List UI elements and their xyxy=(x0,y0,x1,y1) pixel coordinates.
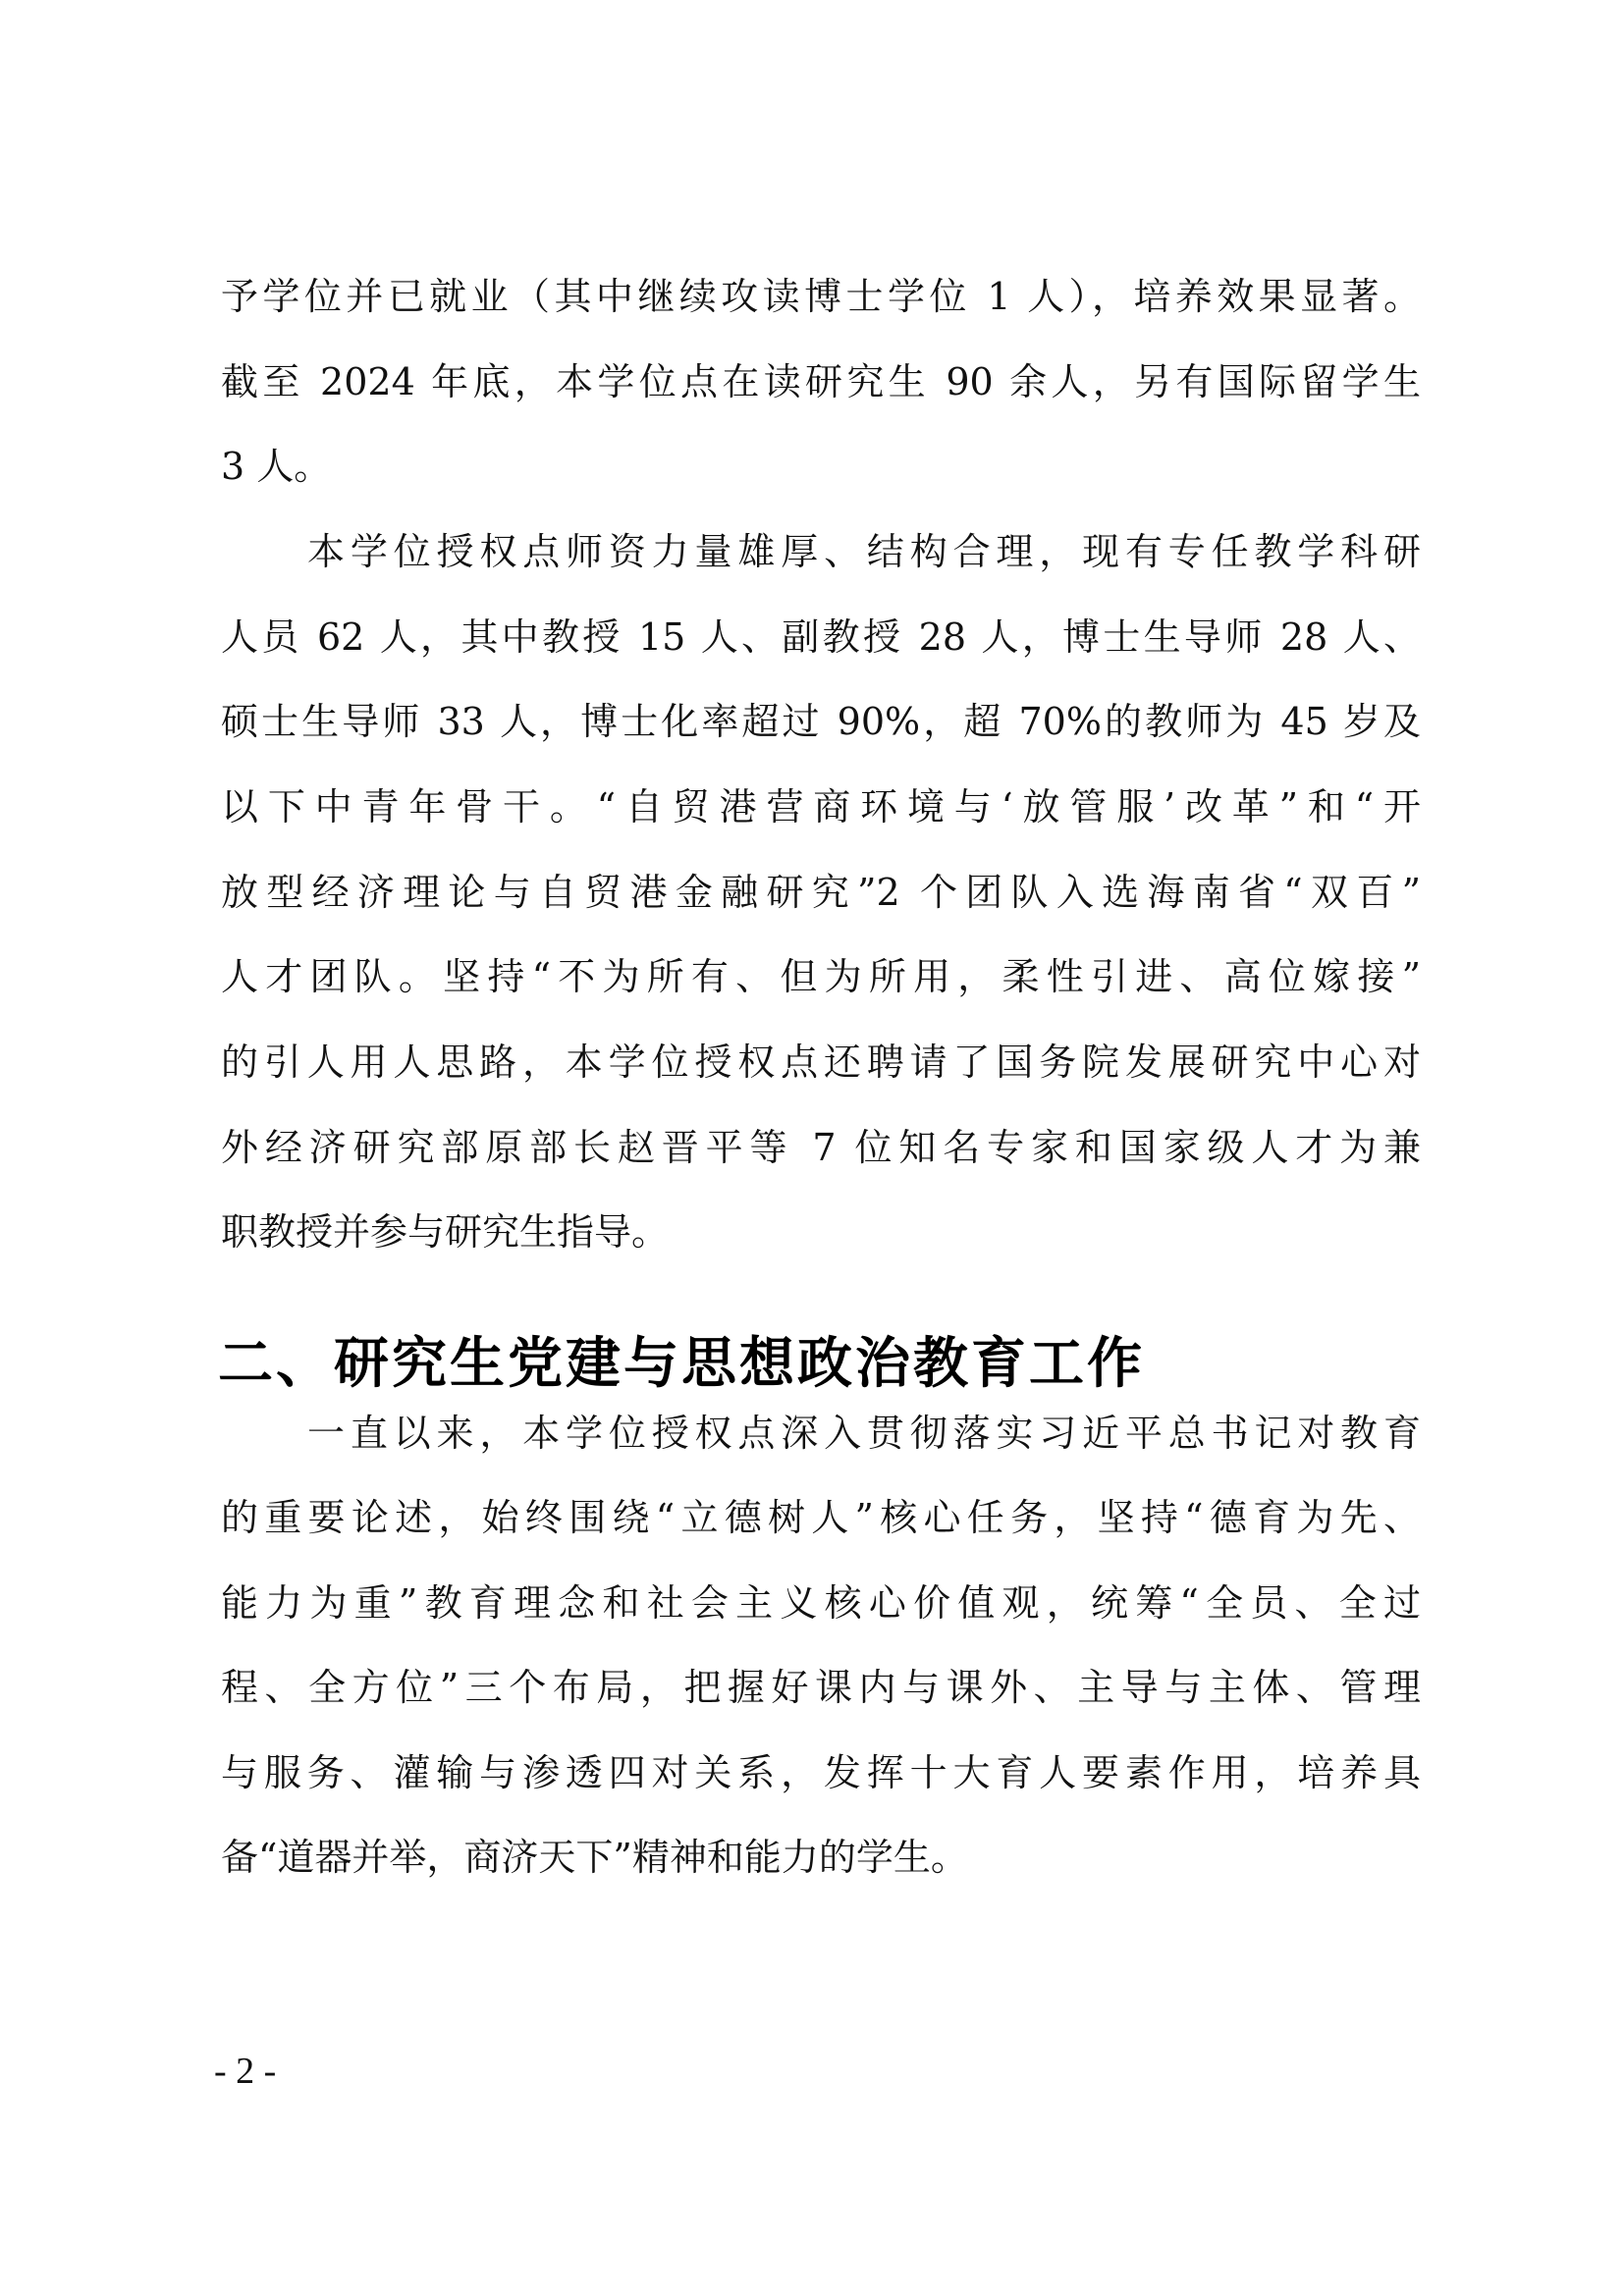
paragraph-3-line-2: 的重要论述，始终围绕“立德树人”核心任务，坚持“德育为先、 xyxy=(221,1488,1421,1547)
paragraph-2-line-8: 外经济研究部原部长赵晋平等 7 位知名专家和国家级人才为兼 xyxy=(221,1118,1421,1177)
paragraph-3-line-1: 一直以来，本学位授权点深入贯彻落实习近平总书记对教育 xyxy=(307,1404,1421,1463)
paragraph-2-line-9: 职教授并参与研究生指导。 xyxy=(221,1202,1421,1261)
section-heading: 二、研究生党建与思想政治教育工作 xyxy=(218,1330,1145,1399)
paragraph-2-line-4: 以下中青年骨干。“自贸港营商环境与‘放管服’改革”和“开 xyxy=(221,777,1421,836)
paragraph-2-line-7: 的引人用人思路，本学位授权点还聘请了国务院发展研究中心对 xyxy=(221,1033,1421,1092)
paragraph-3-line-6: 备“道器并举，商济天下”精神和能力的学生。 xyxy=(221,1828,1421,1887)
paragraph-3-line-4: 程、全方位”三个布局，把握好课内与课外、主导与主体、管理 xyxy=(221,1658,1421,1717)
paragraph-1-line-1: 予学位并已就业（其中继续攻读博士学位 1 人），培养效果显著。 xyxy=(221,267,1421,326)
page-number: - 2 - xyxy=(214,2050,276,2093)
paragraph-2-line-2: 人员 62 人，其中教授 15 人、副教授 28 人，博士生导师 28 人、 xyxy=(221,608,1421,667)
paragraph-3-line-5: 与服务、灌输与渗透四对关系，发挥十大育人要素作用，培养具 xyxy=(221,1743,1421,1802)
paragraph-2-line-1: 本学位授权点师资力量雄厚、结构合理，现有专任教学科研 xyxy=(307,522,1421,581)
document-page: 予学位并已就业（其中继续攻读博士学位 1 人），培养效果显著。 截至 2024 … xyxy=(0,0,1624,2296)
paragraph-1-line-3: 3 人。 xyxy=(221,437,1421,496)
paragraph-2-line-5: 放型经济理论与自贸港金融研究”2 个团队入选海南省“双百” xyxy=(221,863,1421,922)
paragraph-1-line-2: 截至 2024 年底，本学位点在读研究生 90 余人，另有国际留学生 xyxy=(221,352,1421,411)
paragraph-2-line-3: 硕士生导师 33 人，博士化率超过 90%，超 70%的教师为 45 岁及 xyxy=(221,692,1421,751)
paragraph-3-line-3: 能力为重”教育理念和社会主义核心价值观，统筹“全员、全过 xyxy=(221,1574,1421,1632)
paragraph-2-line-6: 人才团队。坚持“不为所有、但为所用，柔性引进、高位嫁接” xyxy=(221,947,1421,1006)
